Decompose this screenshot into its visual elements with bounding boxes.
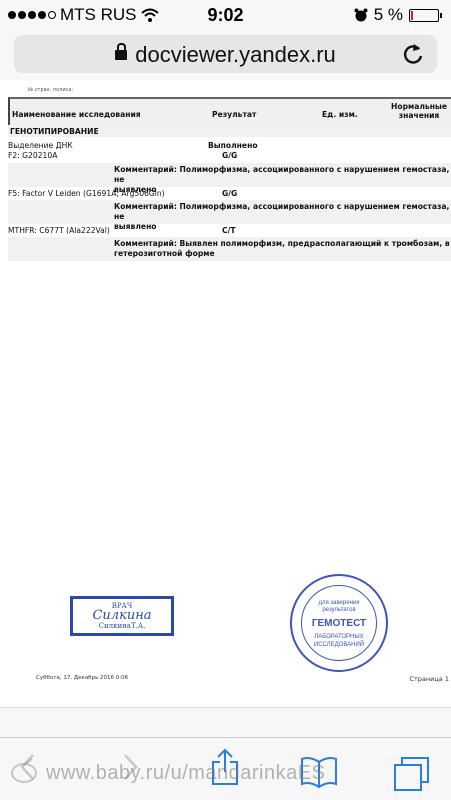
url-display[interactable]: docviewer.yandex.ru — [14, 42, 437, 68]
address-bar[interactable]: docviewer.yandex.ru — [14, 35, 437, 73]
footer-date: Суббота, 17. Декабрь 2016 0:06 — [36, 675, 128, 681]
section-title: ГЕНОТИПИРОВАНИЕ — [8, 125, 451, 137]
table-row: F2: G20210A G/G — [8, 150, 451, 161]
table-row: F5: Factor V Leiden (G1691A; Arg506Gln) … — [8, 187, 451, 199]
tabs-icon[interactable] — [393, 756, 431, 792]
signature: Силкина — [73, 610, 171, 622]
table-row: MTHFR: C677T (Ala222Val) C/T — [8, 224, 451, 236]
policy-note: № страх. полиса: — [28, 87, 73, 93]
comment-row: Комментарий: Выявлен полиморфизм, предра… — [8, 237, 451, 261]
status-right: 5 % — [354, 5, 439, 25]
reload-icon[interactable] — [401, 41, 425, 67]
lock-icon — [115, 50, 127, 60]
table-row: Выделение ДНК Выполнено — [8, 139, 451, 150]
url-text: docviewer.yandex.ru — [135, 42, 336, 67]
header-name: Наименование исследования — [12, 110, 141, 119]
header-unit: Ед. изм. — [322, 110, 358, 119]
comment-row: Комментарий: Полиморфизма, ассоциированн… — [8, 200, 451, 224]
lab-stamp: для заверения результатов ГЕМОТЕСТ ЛАБОР… — [290, 574, 388, 672]
status-bar: MTS RUS 9:02 5 % — [0, 0, 451, 30]
watermark: www.baby.ru/u/mandarinkaES — [10, 758, 325, 785]
header-result: Результат — [212, 110, 256, 119]
battery-percent: 5 % — [374, 5, 403, 25]
alarm-icon — [354, 8, 368, 22]
doctor-stamp: ВРАЧ Силкина СилкинаТ.А. — [70, 596, 174, 636]
comment-row: Комментарий: Полиморфизма, ассоциированн… — [8, 163, 451, 187]
footer-page-number: Страница 1 — [409, 675, 449, 683]
header-normal: Нормальные значения — [388, 102, 450, 120]
baby-ru-logo-icon — [10, 758, 40, 784]
gemotest-logo: ГЕМОТЕСТ — [302, 618, 376, 629]
battery-icon — [409, 9, 439, 22]
